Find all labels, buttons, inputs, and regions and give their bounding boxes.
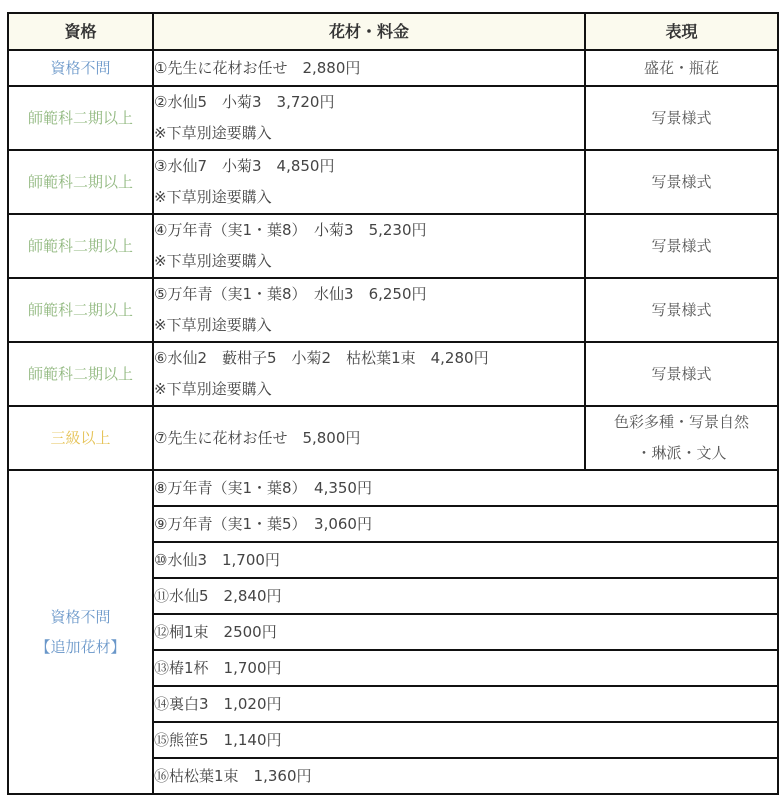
table-row-additional: 資格不問 【追加花材】 ⑧万年青（実1・葉8） 4,350円 — [8, 470, 778, 506]
materials-cell: ①先生に花材お任せ 2,880円 — [153, 50, 585, 86]
additional-item: ⑩水仙3 1,700円 — [153, 542, 778, 578]
note-line: ※下草別途要購入 — [154, 182, 584, 213]
qualification-cell: 師範科二期以上 — [8, 278, 153, 342]
additional-item: ⑯枯松葉1束 1,360円 — [153, 758, 778, 794]
additional-item: ⑧万年青（実1・葉8） 4,350円 — [153, 470, 778, 506]
note-line: ※下草別途要購入 — [154, 246, 584, 277]
expression-cell: 盛花・瓶花 — [585, 50, 778, 86]
qualification-cell: 師範科二期以上 — [8, 150, 153, 214]
materials-cell: ⑤万年青（実1・葉8） 水仙3 6,250円 ※下草別途要購入 — [153, 278, 585, 342]
qualification-cell: 師範科二期以上 — [8, 86, 153, 150]
materials-line: ⑥水仙2 藪柑子5 小菊2 枯松葉1束 4,280円 — [154, 343, 584, 374]
materials-line: ②水仙5 小菊3 3,720円 — [154, 87, 584, 118]
additional-qualification-cell: 資格不問 【追加花材】 — [8, 470, 153, 794]
materials-line: ⑦先生に花材お任せ 5,800円 — [154, 423, 584, 454]
header-expression: 表現 — [585, 13, 778, 50]
expression-cell: 写景様式 — [585, 86, 778, 150]
expression-cell: 写景様式 — [585, 214, 778, 278]
materials-cell: ②水仙5 小菊3 3,720円 ※下草別途要購入 — [153, 86, 585, 150]
note-line: ※下草別途要購入 — [154, 374, 584, 405]
materials-cell: ⑥水仙2 藪柑子5 小菊2 枯松葉1束 4,280円 ※下草別途要購入 — [153, 342, 585, 406]
table-row: 資格不問 ①先生に花材お任せ 2,880円 盛花・瓶花 — [8, 50, 778, 86]
additional-item: ⑨万年青（実1・葉5） 3,060円 — [153, 506, 778, 542]
table-row: 師範科二期以上 ⑥水仙2 藪柑子5 小菊2 枯松葉1束 4,280円 ※下草別途… — [8, 342, 778, 406]
note-line: ※下草別途要購入 — [154, 310, 584, 341]
table-row: 師範科二期以上 ③水仙7 小菊3 4,850円 ※下草別途要購入 写景様式 — [8, 150, 778, 214]
expression-cell: 写景様式 — [585, 278, 778, 342]
additional-item: ⑬椿1杯 1,700円 — [153, 650, 778, 686]
table-row: 師範科二期以上 ②水仙5 小菊3 3,720円 ※下草別途要購入 写景様式 — [8, 86, 778, 150]
additional-item: ⑫桐1束 2500円 — [153, 614, 778, 650]
additional-item: ⑮熊笹5 1,140円 — [153, 722, 778, 758]
additional-materials-label: 【追加花材】 — [9, 632, 152, 662]
qualification-cell: 資格不問 — [8, 50, 153, 86]
header-row: 資格 花材・料金 表現 — [8, 13, 778, 50]
additional-item: ⑭裏白3 1,020円 — [153, 686, 778, 722]
qualification-cell: 師範科二期以上 — [8, 342, 153, 406]
materials-cell: ③水仙7 小菊3 4,850円 ※下草別途要購入 — [153, 150, 585, 214]
materials-line: ①先生に花材お任せ 2,880円 — [154, 53, 584, 84]
expression-cell: 色彩多種・写景自然 ・琳派・文人 — [585, 406, 778, 470]
table-row: 三級以上 ⑦先生に花材お任せ 5,800円 色彩多種・写景自然 ・琳派・文人 — [8, 406, 778, 470]
header-qualification: 資格 — [8, 13, 153, 50]
expression-cell: 写景様式 — [585, 150, 778, 214]
note-line: ※下草別途要購入 — [154, 118, 584, 149]
qualification-line: 資格不問 — [9, 602, 152, 632]
materials-line: ⑤万年青（実1・葉8） 水仙3 6,250円 — [154, 279, 584, 310]
qualification-cell: 三級以上 — [8, 406, 153, 470]
header-materials-price: 花材・料金 — [153, 13, 585, 50]
expression-cell: 写景様式 — [585, 342, 778, 406]
materials-cell: ④万年青（実1・葉8） 小菊3 5,230円 ※下草別途要購入 — [153, 214, 585, 278]
materials-cell: ⑦先生に花材お任せ 5,800円 — [153, 406, 585, 470]
materials-line: ③水仙7 小菊3 4,850円 — [154, 151, 584, 182]
flower-price-table: 資格 花材・料金 表現 資格不問 ①先生に花材お任せ 2,880円 盛花・瓶花 … — [7, 12, 779, 795]
materials-line: ④万年青（実1・葉8） 小菊3 5,230円 — [154, 215, 584, 246]
table-row: 師範科二期以上 ④万年青（実1・葉8） 小菊3 5,230円 ※下草別途要購入 … — [8, 214, 778, 278]
additional-item: ⑪水仙5 2,840円 — [153, 578, 778, 614]
expression-line: ・琳派・文人 — [586, 438, 777, 469]
table-row: 師範科二期以上 ⑤万年青（実1・葉8） 水仙3 6,250円 ※下草別途要購入 … — [8, 278, 778, 342]
expression-line: 色彩多種・写景自然 — [586, 407, 777, 438]
qualification-cell: 師範科二期以上 — [8, 214, 153, 278]
